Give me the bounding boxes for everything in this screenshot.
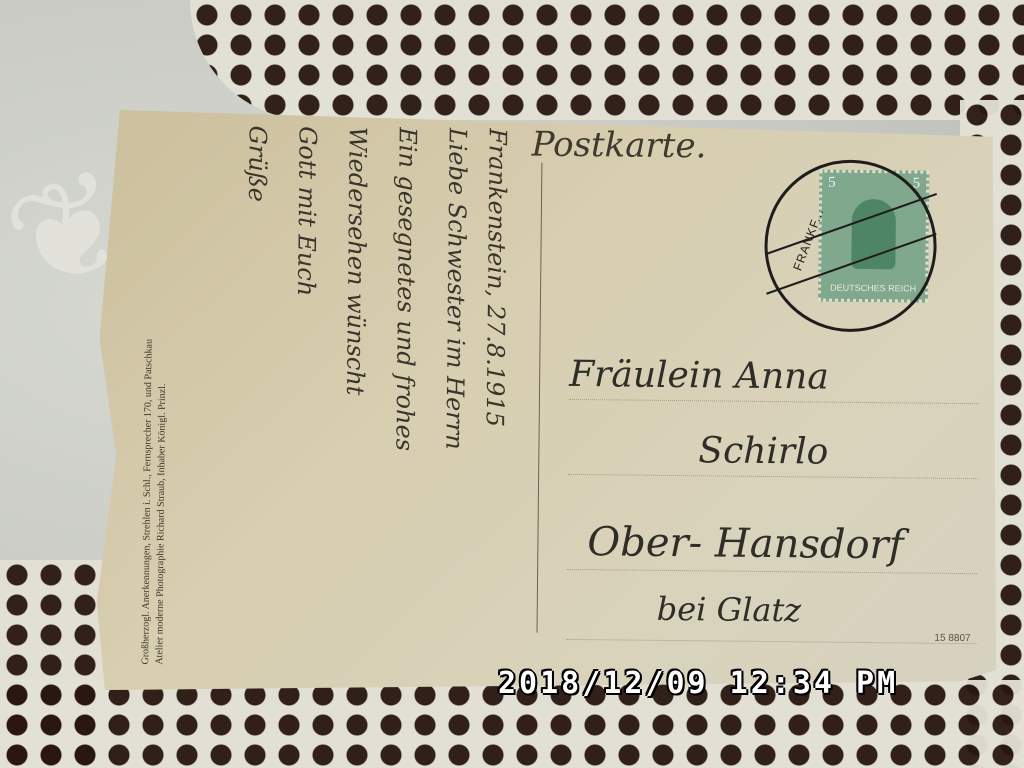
lace-doily-top xyxy=(190,0,1024,120)
postcard: Frankenstein, 27.8.1915 Liebe Schwester … xyxy=(96,104,1002,699)
message-line: Grüße xyxy=(243,125,272,202)
printer-imprint-line1: Atelier moderne Photographie Richard Str… xyxy=(154,384,168,665)
camera-timestamp: 2018/12/09 12:34 PM xyxy=(498,666,898,701)
printer-imprint-line2: Großherzogl. Anerkennungen, Strehlen i. … xyxy=(140,339,154,665)
address-recipient: Fräulein Anna xyxy=(569,354,829,398)
message-line: Gott mit Euch xyxy=(292,126,322,296)
postcard-title: Postkarte. xyxy=(531,125,706,167)
address-rule xyxy=(569,399,979,405)
address-region: bei Glatz xyxy=(657,590,802,630)
address-rule xyxy=(566,639,976,645)
card-divider-line xyxy=(536,163,542,633)
message-line: Ein gesegnetes und frohes xyxy=(390,127,421,451)
address-rule xyxy=(567,569,977,575)
message-line: Wiedersehen wünscht xyxy=(341,127,372,396)
address-surname: Schirlo xyxy=(698,430,828,472)
message-line: Liebe Schwester im Herrn xyxy=(440,128,471,450)
serial-number: 15 8807 xyxy=(934,633,970,644)
address-rule xyxy=(568,474,978,480)
postmark-circle: FRANKF... xyxy=(764,159,938,333)
message-place-date: Frankenstein, 27.8.1915 xyxy=(481,128,512,427)
address-town: Ober- Hansdorf xyxy=(587,519,904,568)
postmark-cancel-line xyxy=(767,193,937,255)
handwritten-message: Frankenstein, 27.8.1915 Liebe Schwester … xyxy=(136,124,522,668)
